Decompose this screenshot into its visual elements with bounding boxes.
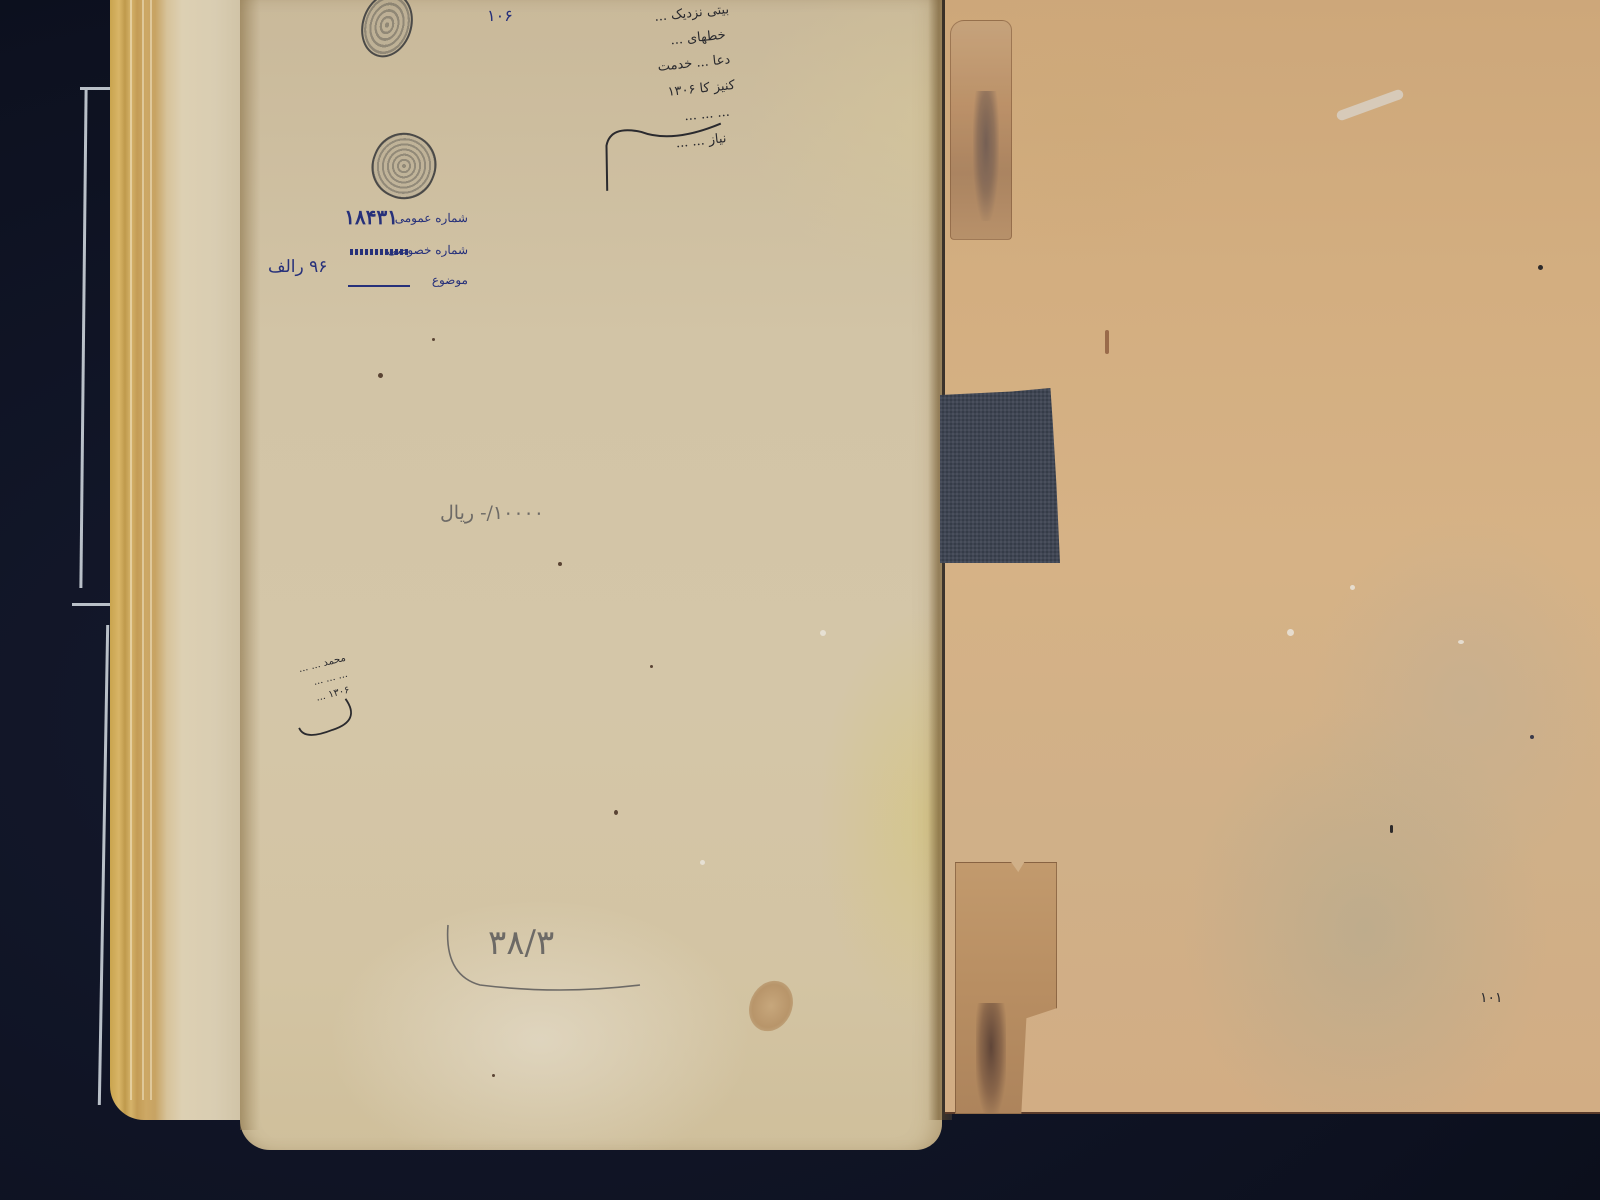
paper-hinge-strip-top — [950, 20, 1012, 240]
left-page-fold-shadow — [240, 0, 260, 1130]
library-register: شماره عمومی ۱۸۴۳۱ شماره خصوصی ۹۶ رالف مو… — [268, 205, 478, 300]
cloth-spine-tab — [940, 388, 1060, 563]
price-note: ۱۰۰۰۰/- ریال — [440, 502, 544, 524]
folio-number: ۱۰۶ — [487, 6, 513, 25]
register-line1-label: شماره عمومی — [395, 211, 468, 225]
shelf-number-block: ۳۸/۳ — [440, 915, 650, 995]
note-line: خطهای ... — [670, 28, 727, 49]
flourish-stroke — [578, 93, 737, 198]
handwritten-note-top-right: بیتی نزدیک ... خطهای ... دعا ... خدمت کن… — [569, 2, 747, 198]
register-line3-label: موضوع — [432, 273, 468, 287]
note-line: دعا ... خدمت — [657, 52, 731, 75]
corner-mark: ۱۰۱ — [1480, 990, 1503, 1006]
page-block-edge — [110, 0, 260, 1120]
ruler-line-mid — [72, 603, 110, 606]
register-line2-value: ۹۶ رالف — [268, 257, 327, 277]
register-line1-value: ۱۸۴۳۱ — [344, 205, 398, 229]
shelf-number: ۳۸/۳ — [488, 923, 554, 963]
